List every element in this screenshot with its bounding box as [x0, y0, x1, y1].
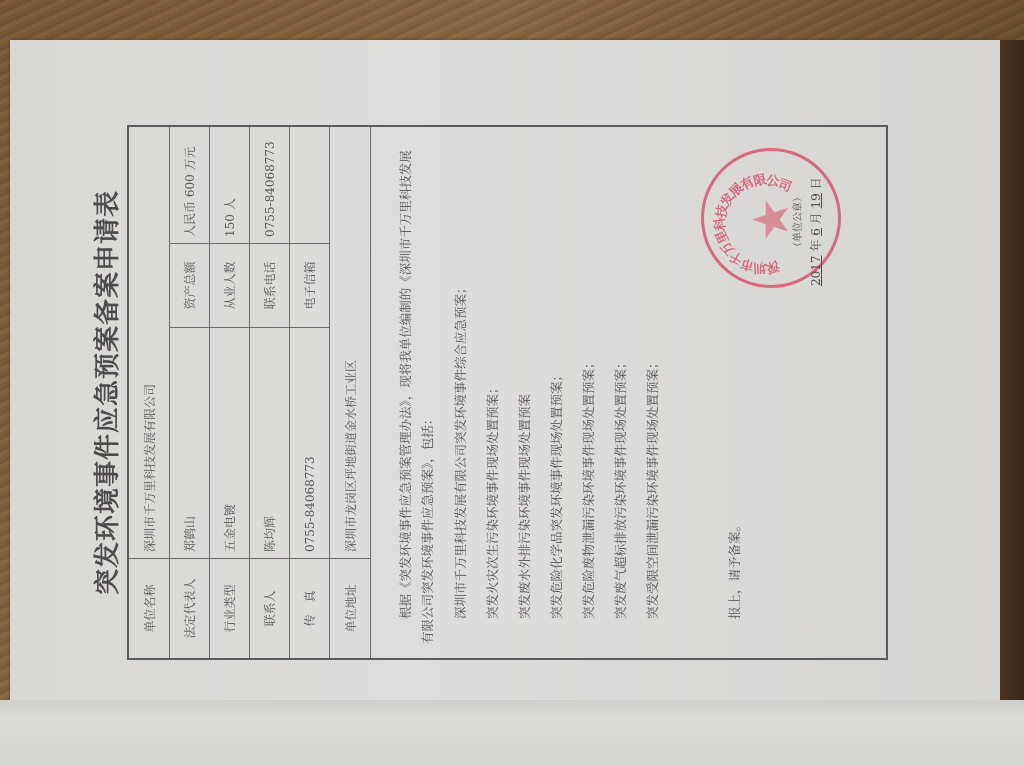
cell-label: 资产总额 — [170, 243, 209, 328]
cell-value: 0755-84068773 — [250, 125, 289, 243]
cell-value: 深圳市千万里科技发展有限公司 — [129, 125, 169, 558]
cell-label: 法定代表人 — [170, 558, 209, 658]
date-day: 19 — [809, 193, 823, 208]
table-row-contact: 联系人 陈均辉 联系电话 0755-84068773 — [250, 127, 290, 658]
date-day-unit: 日 — [809, 177, 823, 189]
wood-background-edge — [1000, 40, 1024, 700]
seal-label: （单位公章） — [789, 192, 804, 252]
plan-item: 突发受限空间泄漏污染环境事件现场处置预案； — [643, 139, 663, 644]
plan-item: 突发危险化学品突发环境事件现场处置预案； — [547, 139, 567, 644]
date-month: 6 — [809, 228, 823, 236]
seal-char: 科 — [709, 216, 730, 232]
cell-value: 五金电镀 — [210, 328, 249, 558]
cell-value: 0755-84068773 — [290, 328, 329, 558]
plan-item: 突发火灾次生污染环境事件现场处置预案； — [483, 139, 503, 644]
cell-label: 联系人 — [250, 558, 289, 658]
cell-value — [290, 125, 329, 243]
cell-label: 联系电话 — [250, 243, 289, 328]
date-month-unit: 月 — [809, 212, 823, 224]
cell-value: 150 人 — [210, 125, 249, 243]
form-title: 突发环境事件应急预案备案申请表 — [89, 125, 127, 660]
plan-item: 突发废水外排污染环境事件现场处置预案 — [515, 139, 535, 644]
plan-item: 突发废气超标排放污染环境事件现场处置预案； — [611, 139, 631, 644]
table-row-address: 单位地址 深圳市龙岗区坪地街道金水桥工业区 — [330, 127, 371, 658]
cell-label: 从业人数 — [210, 243, 249, 328]
table-row-industry: 行业类型 五金电镀 从业人数 150 人 — [210, 127, 250, 658]
cell-label: 传 真 — [290, 558, 329, 658]
plan-item: 突发危险废物泄漏污染环境事件现场处置预案； — [579, 139, 599, 644]
cell-value: 郑鹤山 — [170, 328, 209, 558]
cell-label: 单位名称 — [129, 558, 169, 658]
intro-paragraph: 根据《突发环境事件应急预案管理办法》，现将我单位编制的《深圳市千万里科技发展有限… — [395, 139, 439, 644]
date-year: 2017 — [809, 255, 823, 286]
cell-label: 电子信箱 — [290, 243, 329, 328]
table-row-legal-rep: 法定代表人 郑鹤山 资产总额 人民币 600 万元 — [170, 127, 210, 658]
seal-char: 圳 — [753, 259, 767, 279]
cell-value: 陈均辉 — [250, 328, 289, 558]
cell-value: 深圳市龙岗区坪地街道金水桥工业区 — [330, 125, 370, 558]
cell-label: 单位地址 — [330, 558, 370, 658]
table-row-company-name: 单位名称 深圳市千万里科技发展有限公司 — [129, 127, 170, 658]
application-form: 突发环境事件应急预案备案申请表 单位名称 深圳市千万里科技发展有限公司 法定代表… — [89, 125, 889, 660]
cell-label: 行业类型 — [210, 558, 249, 658]
next-page-curl — [0, 700, 1024, 766]
cell-value: 人民币 600 万元 — [170, 125, 209, 243]
signature-date: 2017 年 6 月 19 日 — [807, 177, 824, 286]
date-year-unit: 年 — [809, 240, 823, 252]
closing-text: 报上，请予备案。 — [725, 519, 743, 644]
plan-item: 深圳市千万里科技发展有限公司突发环境事件综合应急预案； — [451, 139, 471, 644]
table-row-fax: 传 真 0755-84068773 电子信箱 — [290, 127, 330, 658]
